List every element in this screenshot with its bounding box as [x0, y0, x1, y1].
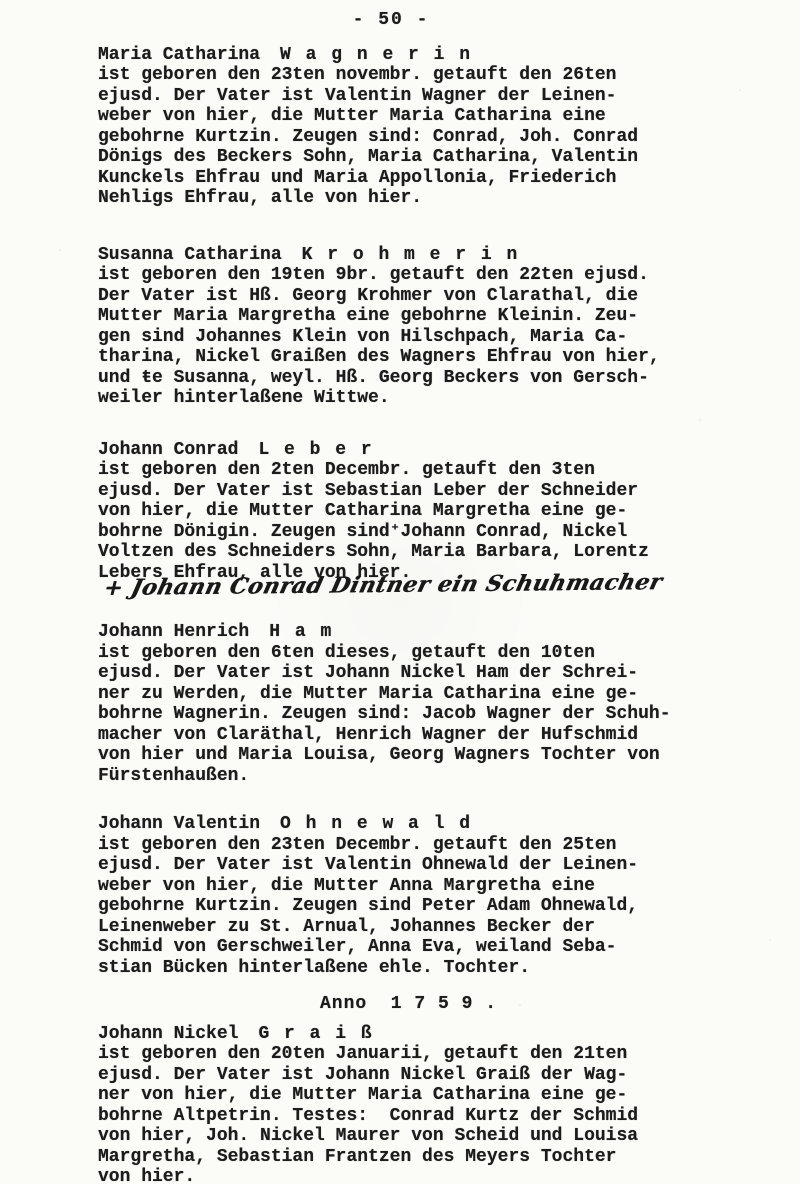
entry-surname: O h n e w a l d: [280, 814, 472, 834]
entry-line: Schmid von Gerschweiler, Anna Eva, weila…: [98, 937, 738, 958]
entry-line: ejusd. Der Vater ist Johann Nickel Graiß…: [98, 1065, 738, 1086]
entry-line: ist geboren den 23ten novembr. getauft d…: [98, 65, 738, 86]
entry-line: Mutter Maria Margretha eine gebohrne Kle…: [98, 306, 738, 327]
entry-line: Voltzen des Schneiders Sohn, Maria Barba…: [98, 542, 738, 563]
entry-line: Der Vater ist Hß. Georg Krohmer von Clar…: [98, 286, 738, 307]
entry-line: weber von hier, die Mutter Anna Margreth…: [98, 876, 738, 897]
entry-line: bohrne Dönigin. Zeugen sind⁺Johann Conra…: [98, 522, 738, 543]
handwritten-annotation: + Johann Conrad Dintner ein Schuhmacher: [98, 566, 749, 614]
entry-surname: K r o h m e r i n: [302, 245, 520, 265]
entry-line: ist geboren den 23ten Decembr. getauft d…: [98, 835, 738, 856]
entry-line: von hier, die Mutter Catharina Margretha…: [98, 501, 738, 522]
entry-given-name: Susanna Catharina: [98, 245, 282, 265]
baptism-entry-leber: Johann ConradL e b e r ist geboren den 2…: [98, 440, 738, 615]
entry-given-name: Johann Henrich: [98, 622, 249, 642]
entry-line: Nehligs Ehfrau, alle von hier.: [98, 188, 738, 209]
entry-line: ist geboren den 6ten dieses, getauft den…: [98, 643, 738, 664]
baptism-entry-krohmerin: Susanna CatharinaK r o h m e r i n ist g…: [98, 245, 738, 409]
entry-line: Fürstenhaußen.: [98, 766, 738, 787]
entry-line: weber von hier, die Mutter Maria Cathari…: [98, 106, 738, 127]
entry-line: gebohrne Kurtzin. Zeugen sind: Conrad, J…: [98, 127, 738, 148]
entry-heading: Maria CatharinaW a g n e r i n: [98, 45, 738, 66]
baptism-entry-ham: Johann HenrichH a m ist geboren den 6ten…: [98, 622, 738, 786]
page-content: - 50 - Maria CatharinaW a g n e r i n is…: [0, 0, 738, 1184]
baptism-entry-ohnewald: Johann ValentinO h n e w a l d ist gebor…: [98, 814, 738, 978]
entry-line: ner zu Werden, die Mutter Maria Catharin…: [98, 684, 738, 705]
entry-given-name: Johann Conrad: [98, 440, 238, 460]
entry-line: tharina, Nickel Graißen des Wagners Ehfr…: [98, 347, 738, 368]
entry-given-name: Maria Catharina: [98, 45, 260, 65]
entry-surname: G r a i ß: [258, 1024, 373, 1044]
entry-line: Margretha, Sebastian Frantzen des Meyers…: [98, 1147, 738, 1168]
entry-line: von hier, Joh. Nickel Maurer von Scheid …: [98, 1126, 738, 1147]
entry-surname: L e b e r: [258, 440, 373, 460]
entry-line: stian Bücken hinterlaßene ehle. Tochter.: [98, 958, 738, 979]
entry-line: Leinenweber zu St. Arnual, Johannes Beck…: [98, 917, 738, 938]
entry-line: weiler hinterlaßene Wittwe.: [98, 388, 738, 409]
entry-line: ner von hier, die Mutter Maria Catharina…: [98, 1085, 738, 1106]
entry-heading: Johann HenrichH a m: [98, 622, 738, 643]
entry-line: ist geboren den 20ten Januarii, getauft …: [98, 1044, 738, 1065]
entry-line: gen sind Johannes Klein von Hilschpach, …: [98, 327, 738, 348]
entry-line: und ŧe Susanna, weyl. Hß. Georg Beckers …: [98, 368, 738, 389]
baptism-entry-wagnerin: Maria CatharinaW a g n e r i n ist gebor…: [98, 45, 738, 209]
entry-line: ist geboren den 2ten Decembr. getauft de…: [98, 460, 738, 481]
entry-line: Kunckels Ehfrau und Maria Appollonia, Fr…: [98, 168, 738, 189]
entry-line: ejusd. Der Vater ist Sebastian Leber der…: [98, 481, 738, 502]
entry-line: ejusd. Der Vater ist Johann Nickel Ham d…: [98, 663, 738, 684]
page-number: - 50 -: [98, 10, 684, 31]
entry-surname: W a g n e r i n: [280, 45, 472, 65]
entry-line: bohrne Wagnerin. Zeugen sind: Jacob Wagn…: [98, 704, 738, 725]
entry-line: von hier und Maria Louisa, Georg Wagners…: [98, 745, 738, 766]
entry-line: Dönigs des Beckers Sohn, Maria Catharina…: [98, 147, 738, 168]
anno-year-heading: Anno 1 7 5 9 .: [98, 994, 738, 1015]
entry-given-name: Johann Valentin: [98, 814, 260, 834]
entry-line: ejusd. Der Vater ist Valentin Ohnewald d…: [98, 855, 738, 876]
scanned-register-page: - 50 - Maria CatharinaW a g n e r i n is…: [0, 0, 800, 1184]
entry-line: gebohrne Kurtzin. Zeugen sind Peter Adam…: [98, 896, 738, 917]
entry-heading: Susanna CatharinaK r o h m e r i n: [98, 245, 738, 266]
entry-line: von hier.: [98, 1167, 738, 1184]
entry-heading: Johann NickelG r a i ß: [98, 1024, 738, 1045]
entry-line: ejusd. Der Vater ist Valentin Wagner der…: [98, 86, 738, 107]
baptism-entry-graiss: Johann NickelG r a i ß ist geboren den 2…: [98, 1024, 738, 1184]
entry-line: macher von Claräthal, Henrich Wagner der…: [98, 725, 738, 746]
entry-heading: Johann ConradL e b e r: [98, 440, 738, 461]
entry-surname: H a m: [269, 622, 333, 642]
entry-heading: Johann ValentinO h n e w a l d: [98, 814, 738, 835]
entry-given-name: Johann Nickel: [98, 1024, 238, 1044]
entry-line: bohrne Altpetrin. Testes: Conrad Kurtz d…: [98, 1106, 738, 1127]
entry-line: ist geboren den 19ten 9br. getauft den 2…: [98, 265, 738, 286]
